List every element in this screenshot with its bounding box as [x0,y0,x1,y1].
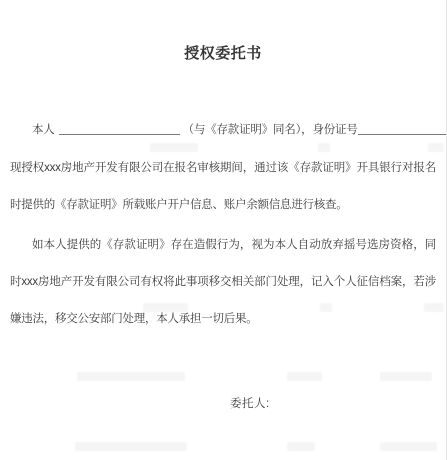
liability-paragraph: 如本人提供的《存款证明》存在造假行为，视为本人自动放弃摇号选房资格，同时xxx房… [10,227,436,338]
watermark-smudge [77,372,185,381]
watermark-smudge [75,442,187,451]
authorization-paragraph: 现授权xxx房地产开发有限公司在报名审核期间，通过该《存款证明》开具银行对报名时… [10,150,436,224]
id-number-blank-line [358,122,447,135]
name-and-id-line: 本人（与《存款证明》同名），身份证号 [10,121,440,137]
document-title: 授权委托书 [0,42,446,63]
deposit-certificate-note: （与《存款证明》同名），身份证号 [183,124,358,136]
watermark-smudge [287,442,315,451]
watermark-smudge [380,372,432,381]
document-page: 授权委托书 本人（与《存款证明》同名），身份证号 现授权xxx房地产开发有限公司… [0,0,447,460]
name-blank-line [59,122,180,135]
watermark-smudge [287,372,322,381]
principal-signature-label: 委托人: [230,395,270,411]
principal-name-label: 本人 [32,124,55,136]
watermark-smudge [380,442,437,451]
